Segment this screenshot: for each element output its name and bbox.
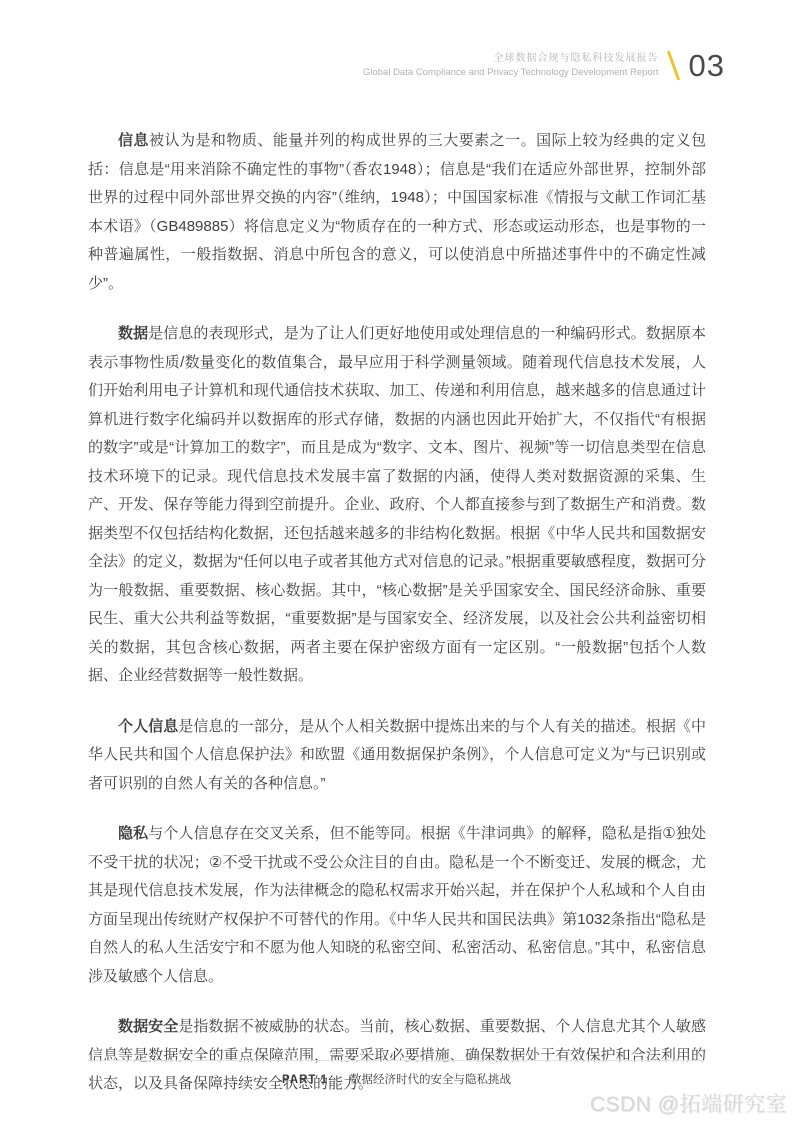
term-lead: 个人信息 (118, 718, 178, 735)
term-lead: 信息 (118, 132, 149, 149)
paragraph-privacy: 隐私与个人信息存在交叉关系，但不能等同。根据《牛津词典》的解释，隐私是指①独处不… (88, 820, 706, 991)
term-lead: 数据安全 (118, 1018, 178, 1035)
report-title-block: 全球数据合规与隐私科技发展报告 Global Data Compliance a… (363, 52, 659, 80)
footer-part-title: 数据经济时代的安全与隐私挑战 (350, 1074, 511, 1086)
report-title-zh: 全球数据合规与隐私科技发展报告 (363, 52, 659, 66)
footer-part-label: PART 1 (282, 1074, 328, 1086)
csdn-watermark: CSDN @拓端研究室 (590, 1088, 787, 1118)
page-number: 03 (689, 50, 725, 81)
paragraph-personal-info: 个人信息是信息的一部分，是从个人相关数据中提炼出来的与个人有关的描述。根据《中华… (88, 713, 706, 799)
body-text: 信息被认为是和物质、能量并列的构成世界的三大要素之一。国际上较为经典的定义包括：… (88, 127, 706, 1121)
paragraph-text: 是信息的一部分，是从个人相关数据中提炼出来的与个人有关的描述。根据《中华人民共和… (88, 718, 706, 792)
accent-slash-icon (666, 50, 679, 80)
report-title-en: Global Data Compliance and Privacy Techn… (363, 66, 659, 80)
paragraph-text: 与个人信息存在交叉关系，但不能等同。根据《牛津词典》的解释，隐私是指①独处不受干… (88, 825, 706, 985)
page-header: 全球数据合规与隐私科技发展报告 Global Data Compliance a… (363, 50, 725, 81)
footer: PART 1数据经济时代的安全与隐私挑战 (0, 1071, 793, 1087)
report-page: 全球数据合规与隐私科技发展报告 Global Data Compliance a… (0, 0, 793, 1122)
footer-divider (88, 1060, 705, 1061)
paragraph-text: 是信息的表现形式，是为了让人们更好地使用或处理信息的一种编码形式。数据原本表示事… (88, 325, 706, 684)
paragraph-data: 数据是信息的表现形式，是为了让人们更好地使用或处理信息的一种编码形式。数据原本表… (88, 320, 706, 691)
term-lead: 隐私 (118, 825, 148, 842)
paragraph-information: 信息被认为是和物质、能量并列的构成世界的三大要素之一。国际上较为经典的定义包括：… (88, 127, 706, 298)
term-lead: 数据 (118, 325, 148, 342)
paragraph-text: 被认为是和物质、能量并列的构成世界的三大要素之一。国际上较为经典的定义包括：信息… (88, 132, 706, 292)
